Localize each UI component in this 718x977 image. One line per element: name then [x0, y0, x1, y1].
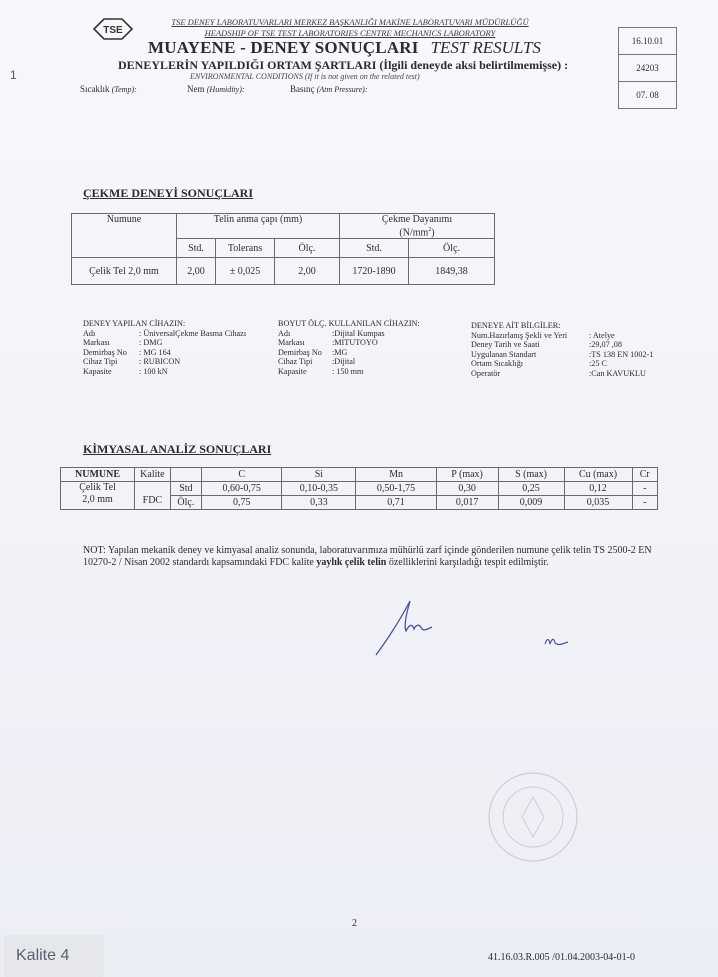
sub-std-strength: Std.	[340, 239, 409, 258]
row-meas-label: Ölç.	[170, 496, 201, 510]
info-row: Kapasite: 100 kN	[83, 367, 246, 377]
ref-period: 07. 08	[619, 82, 676, 108]
device1-info: DENEY YAPILAN CİHAZIN: Adı: ÜniversalÇek…	[83, 319, 246, 377]
conclusion-note: NOT: Yapılan mekanik deney ve kimyasal a…	[83, 545, 673, 569]
measured-value: 0,71	[356, 496, 436, 510]
info-row: Cihaz Tipi: RUBICON	[83, 357, 246, 367]
col-sample: NUMUNE	[61, 468, 135, 482]
pressure-field: Basınç (Atm Pressure):	[290, 84, 367, 94]
col-element: Si	[282, 468, 356, 482]
info-row: Markası: DMG	[83, 338, 246, 348]
measured-value: 0,33	[282, 496, 356, 510]
col-strength: Çekme Dayanımı (N/mm2)	[340, 214, 495, 239]
page-number: 2	[352, 918, 357, 929]
tensile-section-title: ÇEKME DENEYİ SONUÇLARI	[83, 186, 253, 201]
std-value: 0,12	[564, 482, 632, 496]
temp-field: Sıcaklık (Temp):	[80, 84, 137, 94]
device2-info: BOYUT ÖLÇ. KULLANILAN CİHAZIN: Adı:Dijit…	[278, 319, 420, 377]
watermark-label: Kalite 4	[4, 935, 104, 977]
sub-measured-strength: Ölç.	[409, 239, 495, 258]
info-row: Kapasite: 150 mm	[278, 367, 420, 377]
chemical-table: NUMUNE Kalite CSiMnP (max)S (max)Cu (max…	[60, 467, 658, 510]
test-info: DENEYE AİT BİLGİLER: Num.Hazırlanış Şekl…	[471, 321, 653, 379]
chem-grade: FDC	[135, 482, 171, 510]
row-std-label: Std	[170, 482, 201, 496]
info-row: Operatör:Can KAVUKLU	[471, 369, 653, 379]
col-element: P (max)	[436, 468, 498, 482]
info-row: Deney Tarih ve Saati:29,07 ,08	[471, 340, 653, 350]
conditions-heading: DENEYLERİN YAPILDIĞI ORTAM ŞARTLARI (İlg…	[118, 58, 618, 73]
col-element: C	[202, 468, 282, 482]
info-row: Adı: ÜniversalÇekme Basma Cihazı	[83, 329, 246, 339]
side-marker: 1	[10, 68, 17, 82]
sub-tolerance: Tolerans	[216, 239, 275, 258]
info-row: Demirbaş No:MG	[278, 348, 420, 358]
measured-value: 0,035	[564, 496, 632, 510]
sub-measured: Ölç.	[275, 239, 340, 258]
chemical-section-title: KİMYASAL ANALİZ SONUÇLARI	[83, 442, 271, 457]
official-stamp-icon	[478, 770, 588, 865]
form-code: 41.16.03.R.005 /01.04.2003-04-01-0	[488, 952, 635, 963]
tse-logo-icon: TSE	[92, 17, 134, 41]
std-value: 0,25	[498, 482, 564, 496]
title-tr: MUAYENE - DENEY SONUÇLARI	[148, 38, 419, 57]
org-name-en: HEADSHIP OF TSE TEST LABORATORIES CENTRE…	[140, 28, 560, 38]
measured-value: 0,009	[498, 496, 564, 510]
col-sample: Numune	[72, 214, 177, 258]
col-diameter: Telin anma çapı (mm)	[177, 214, 340, 239]
col-element: S (max)	[498, 468, 564, 482]
signature-icon	[372, 595, 442, 660]
std-value: 0,50-1,75	[356, 482, 436, 496]
title-en: TEST RESULTS	[431, 38, 541, 57]
chem-sample: Çelik Tel2,0 mm	[61, 482, 135, 510]
col-grade: Kalite	[135, 468, 171, 482]
info-row: Num.Hazırlanış Şekli ve Yeri: Atelye	[471, 331, 653, 341]
sub-std: Std.	[177, 239, 216, 258]
std-value: 0,10-0,35	[282, 482, 356, 496]
std-value: -	[632, 482, 657, 496]
info-row: Uygulanan Standart:TS 138 EN 1002-1	[471, 350, 653, 360]
info-row: Adı:Dijital Kumpas	[278, 329, 420, 339]
reference-box: 16.10.01 24203 07. 08	[618, 27, 677, 109]
info-row: Markası:MITUTOYO	[278, 338, 420, 348]
document-page: 1 TSE TSE DENEY LABORATUVARLARI MERKEZ B…	[0, 0, 718, 977]
ref-number: 24203	[619, 55, 676, 82]
page-title: MUAYENE - DENEY SONUÇLARITEST RESULTS	[148, 38, 628, 58]
measured-value: -	[632, 496, 657, 510]
col-element: Cu (max)	[564, 468, 632, 482]
measured-value: 0,75	[202, 496, 282, 510]
info-row: Demirbaş No: MG 164	[83, 348, 246, 358]
std-value: 0,60-0,75	[202, 482, 282, 496]
org-name-tr: TSE DENEY LABORATUVARLARI MERKEZ BAŞKANL…	[140, 17, 560, 27]
table-row: Çelik Tel 2,0 mm 2,00 ± 0,025 2,00 1720-…	[72, 258, 495, 285]
ref-date: 16.10.01	[619, 28, 676, 55]
humidity-field: Nem (Humidity):	[187, 84, 245, 94]
info-row: Ortam Sıcaklığı:25 C	[471, 359, 653, 369]
info-row: Cihaz Tipi:Dijital	[278, 357, 420, 367]
col-element: Mn	[356, 468, 436, 482]
tensile-table: Numune Telin anma çapı (mm) Çekme Dayanı…	[71, 213, 495, 285]
measured-value: 0,017	[436, 496, 498, 510]
std-value: 0,30	[436, 482, 498, 496]
svg-text:TSE: TSE	[103, 25, 123, 36]
initials-icon	[540, 630, 580, 650]
col-element: Cr	[632, 468, 657, 482]
conditions-subheading: ENVIRONMENTAL CONDITIONS (If it is not g…	[190, 72, 420, 81]
